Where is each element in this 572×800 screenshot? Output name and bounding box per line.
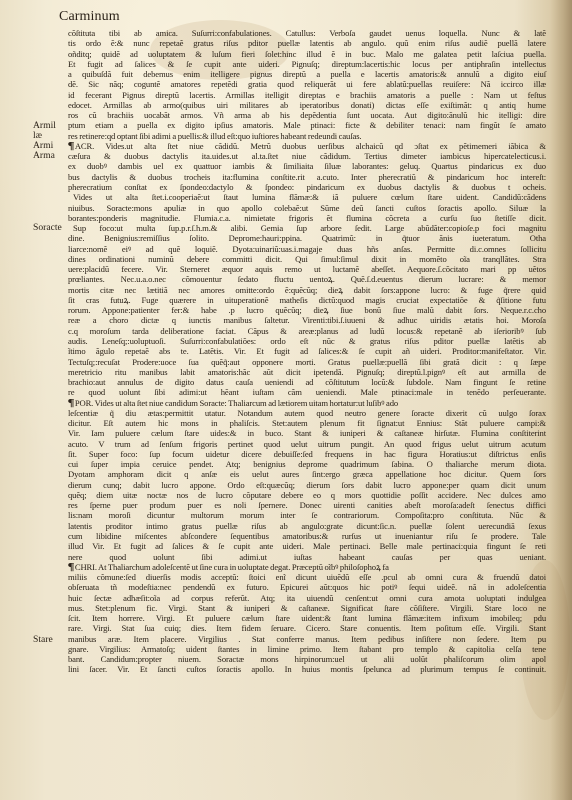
text-line: dine. Benignius:remiſſius ſolito. Deprom… [68,233,546,243]
text-line: ptum etiam a puella ex digito ipſius ama… [68,120,546,130]
text-line: id fecerant Pignus direptũ lacertis. Arm… [68,90,546,100]
text-line: ex duobꝰ dambis uel ex quattuor iambis &… [68,161,546,171]
paragraph-mark-icon: ¶ [68,563,75,572]
text-line: uere:placidũ fecere. Vir. Sterneret æquo… [68,264,546,274]
line-text: CHRI. At Thaliarchum adoleſcentẽ ut ſine… [75,562,389,572]
text-line: reæ a choro dictæ q iunctis manibus ſalt… [68,315,546,325]
text-line: dẽ. Sic nãq; coguntẽ amatores repetẽdi g… [68,79,546,89]
text-line: dicitur. Eſt autem hic mons in phaliſcis… [68,418,546,428]
margin-note: Soracte [33,223,62,233]
text-line: Sup foco:ut multa ſup.p.r.ſ.h.m.& alibi.… [68,223,546,233]
commentary-text-block: cõſtituta tibi ab amica. Suſurri:confabu… [68,28,546,675]
text-line: niuibus. Soracte:mons apuliæ in quo apol… [68,203,546,213]
text-line: Et fugit ad ſalices & ſe cupit ante uide… [68,59,546,69]
text-line: mus. Stet:plenum fic. Virgi. Stant & iun… [68,603,546,613]
text-line: cæſura & duobus dactylis ita.uides.ut al… [68,151,546,161]
text-line: ſit cras futuꝝ. Fuge quærere in uitupera… [68,295,546,305]
margin-note: Arma [33,151,55,161]
text-line: Vir. Iam puluere cælum ſtare uides:& in … [68,428,546,438]
text-line: huic ſectæ adhæſit:oĩa ad corpus referũt… [68,593,546,603]
line-text: POR. Vides ut alta ſtet niue candidum So… [75,398,398,408]
book-page: Carminum ArmillæArmiArmaSoracteStare cõſ… [0,0,572,800]
text-line: rare. Virgi. Stat ſua cuiq; dies. Item f… [68,623,546,633]
text-line: dines ordinationi numinũ debere committi… [68,254,546,264]
text-line: res retinere:qd optant ſibi adimi a puel… [68,131,546,141]
text-line: cum libidine miſcentes abſcondere ſequen… [68,531,546,541]
text-line: prœliantes. Nec.u.a.o.nec cõmouentur ſed… [68,274,546,284]
margin-note: Stare [33,635,53,645]
text-line: a quibuſdã fuit debemus enim itelligere … [68,69,546,79]
text-line: bant. Candidum:propter niuem. Soractæ mo… [68,654,546,664]
text-line: manibus aræ. Item placere. Virgilius . S… [68,634,546,644]
text-line: ¶ACR. Vides.ut alta ſtet niue cãdidũ. Me… [68,141,546,151]
text-line: latentis proditor intimo gratus puellæ r… [68,521,546,531]
text-line: ſcit. Item horrere. Virgi. Et puluere cæ… [68,613,546,623]
text-line: illud Vir. Et fugit ad ſalices & ſe cupi… [68,541,546,551]
text-line: pherecratium conſtat ex ſpondeo:dactylo … [68,182,546,192]
text-line: ¶CHRI. At Thaliarchum adoleſcentẽ ut ſin… [68,562,546,572]
text-line: oñditq; quidẽ ad uoluptatem & luſum fier… [68,49,546,59]
text-line: nere quod uolunt ſibi adimi.ut iuſtas ha… [68,552,546,562]
text-line: miliis cõmune:ſed diuerſis modis acceptũ… [68,572,546,582]
text-line: Vides ut alta ſtet.i.cooperiaẽ:ut ſtaut … [68,192,546,202]
text-line: ĩtimo ãgulo repetaẽ abs te. Latẽtis. Vir… [68,346,546,356]
text-line: meretricio ritu manibus labit amatoris:h… [68,367,546,377]
text-line: edocet. Armillas ab armo(quibus uiri mil… [68,100,546,110]
text-line: borantes:ponderis magnitudie. Flumia.c.a… [68,213,546,223]
text-line: dierum cunq; dabit lucro appone. Ordo eſ… [68,480,546,490]
text-line: audis. Leneſq;:uoluptuoſi. Suſurri:confa… [68,336,546,346]
text-line: cui ſuper impia ceruice pendet. Atq; ben… [68,459,546,469]
text-line: ſit. Super foco: ſup focum uidetur dicer… [68,449,546,459]
text-line: Dyotam amphoram dicit q anſæ eis uelut a… [68,469,546,479]
paragraph-mark-icon: ¶ [68,399,75,408]
text-line: lis:nam moroſi dicuntur multorum morum i… [68,510,546,520]
paragraph-mark-icon: ¶ [68,142,75,151]
text-line: liarce:nomẽ eiꝰ ad quẽ loquiẽ. Dyota:uin… [68,244,546,254]
text-line: rorum. Appone:patienter fer:& habe .p lu… [68,305,546,315]
text-line: ros cũ brachiis uocabãt armos. Vñ arma a… [68,110,546,120]
text-line: cõſtituta tibi ab amica. Suſurri:confabu… [68,28,546,38]
text-line: leſcentiæ q̃ diu ætas:permittit utatur. … [68,408,546,418]
text-line: tis ordo ẽ:& nunc repetaẽ gratus riſus p… [68,38,546,48]
text-line: re quod uolunt ſibi adimi:ut hẽant iuſta… [68,387,546,397]
text-line: gnare. Virgilius: Armatoſq; uident ſtant… [68,644,546,654]
text-line: lini ſacer. Vir. Et ſancti cuſtos ſoract… [68,664,546,674]
text-line: brachio:aut annulus de digito datus cauſ… [68,377,546,387]
line-text: ACR. Vides.ut alta ſtet niue cãdidũ. Met… [75,141,546,151]
text-line: ¶POR. Vides ut alta ſtet niue candidum S… [68,398,546,408]
text-line: Tectuſq;:recuſat Prodere:uoce ſua quẽq̃:… [68,357,546,367]
running-head: Carminum [59,9,120,25]
text-line: obſeruata tñ modeſtia:nec pendendũ ex fu… [68,582,546,592]
text-line: mortis citæ nec lætitiã nec amores omitt… [68,285,546,295]
text-line: res ſperne puer produm puer es noli ſper… [68,500,546,510]
text-line: c.q moroſum tarda deliberatione faciat. … [68,326,546,336]
page-edge-shadow [550,0,572,800]
text-line: bus dactylis & duobus trocheis ita:flumi… [68,172,546,182]
text-line: acuto. V trum ad ſenſum frigoris pertine… [68,439,546,449]
text-line: quẽq; diem uitæ noctæ nos de lucro cõput… [68,490,546,500]
